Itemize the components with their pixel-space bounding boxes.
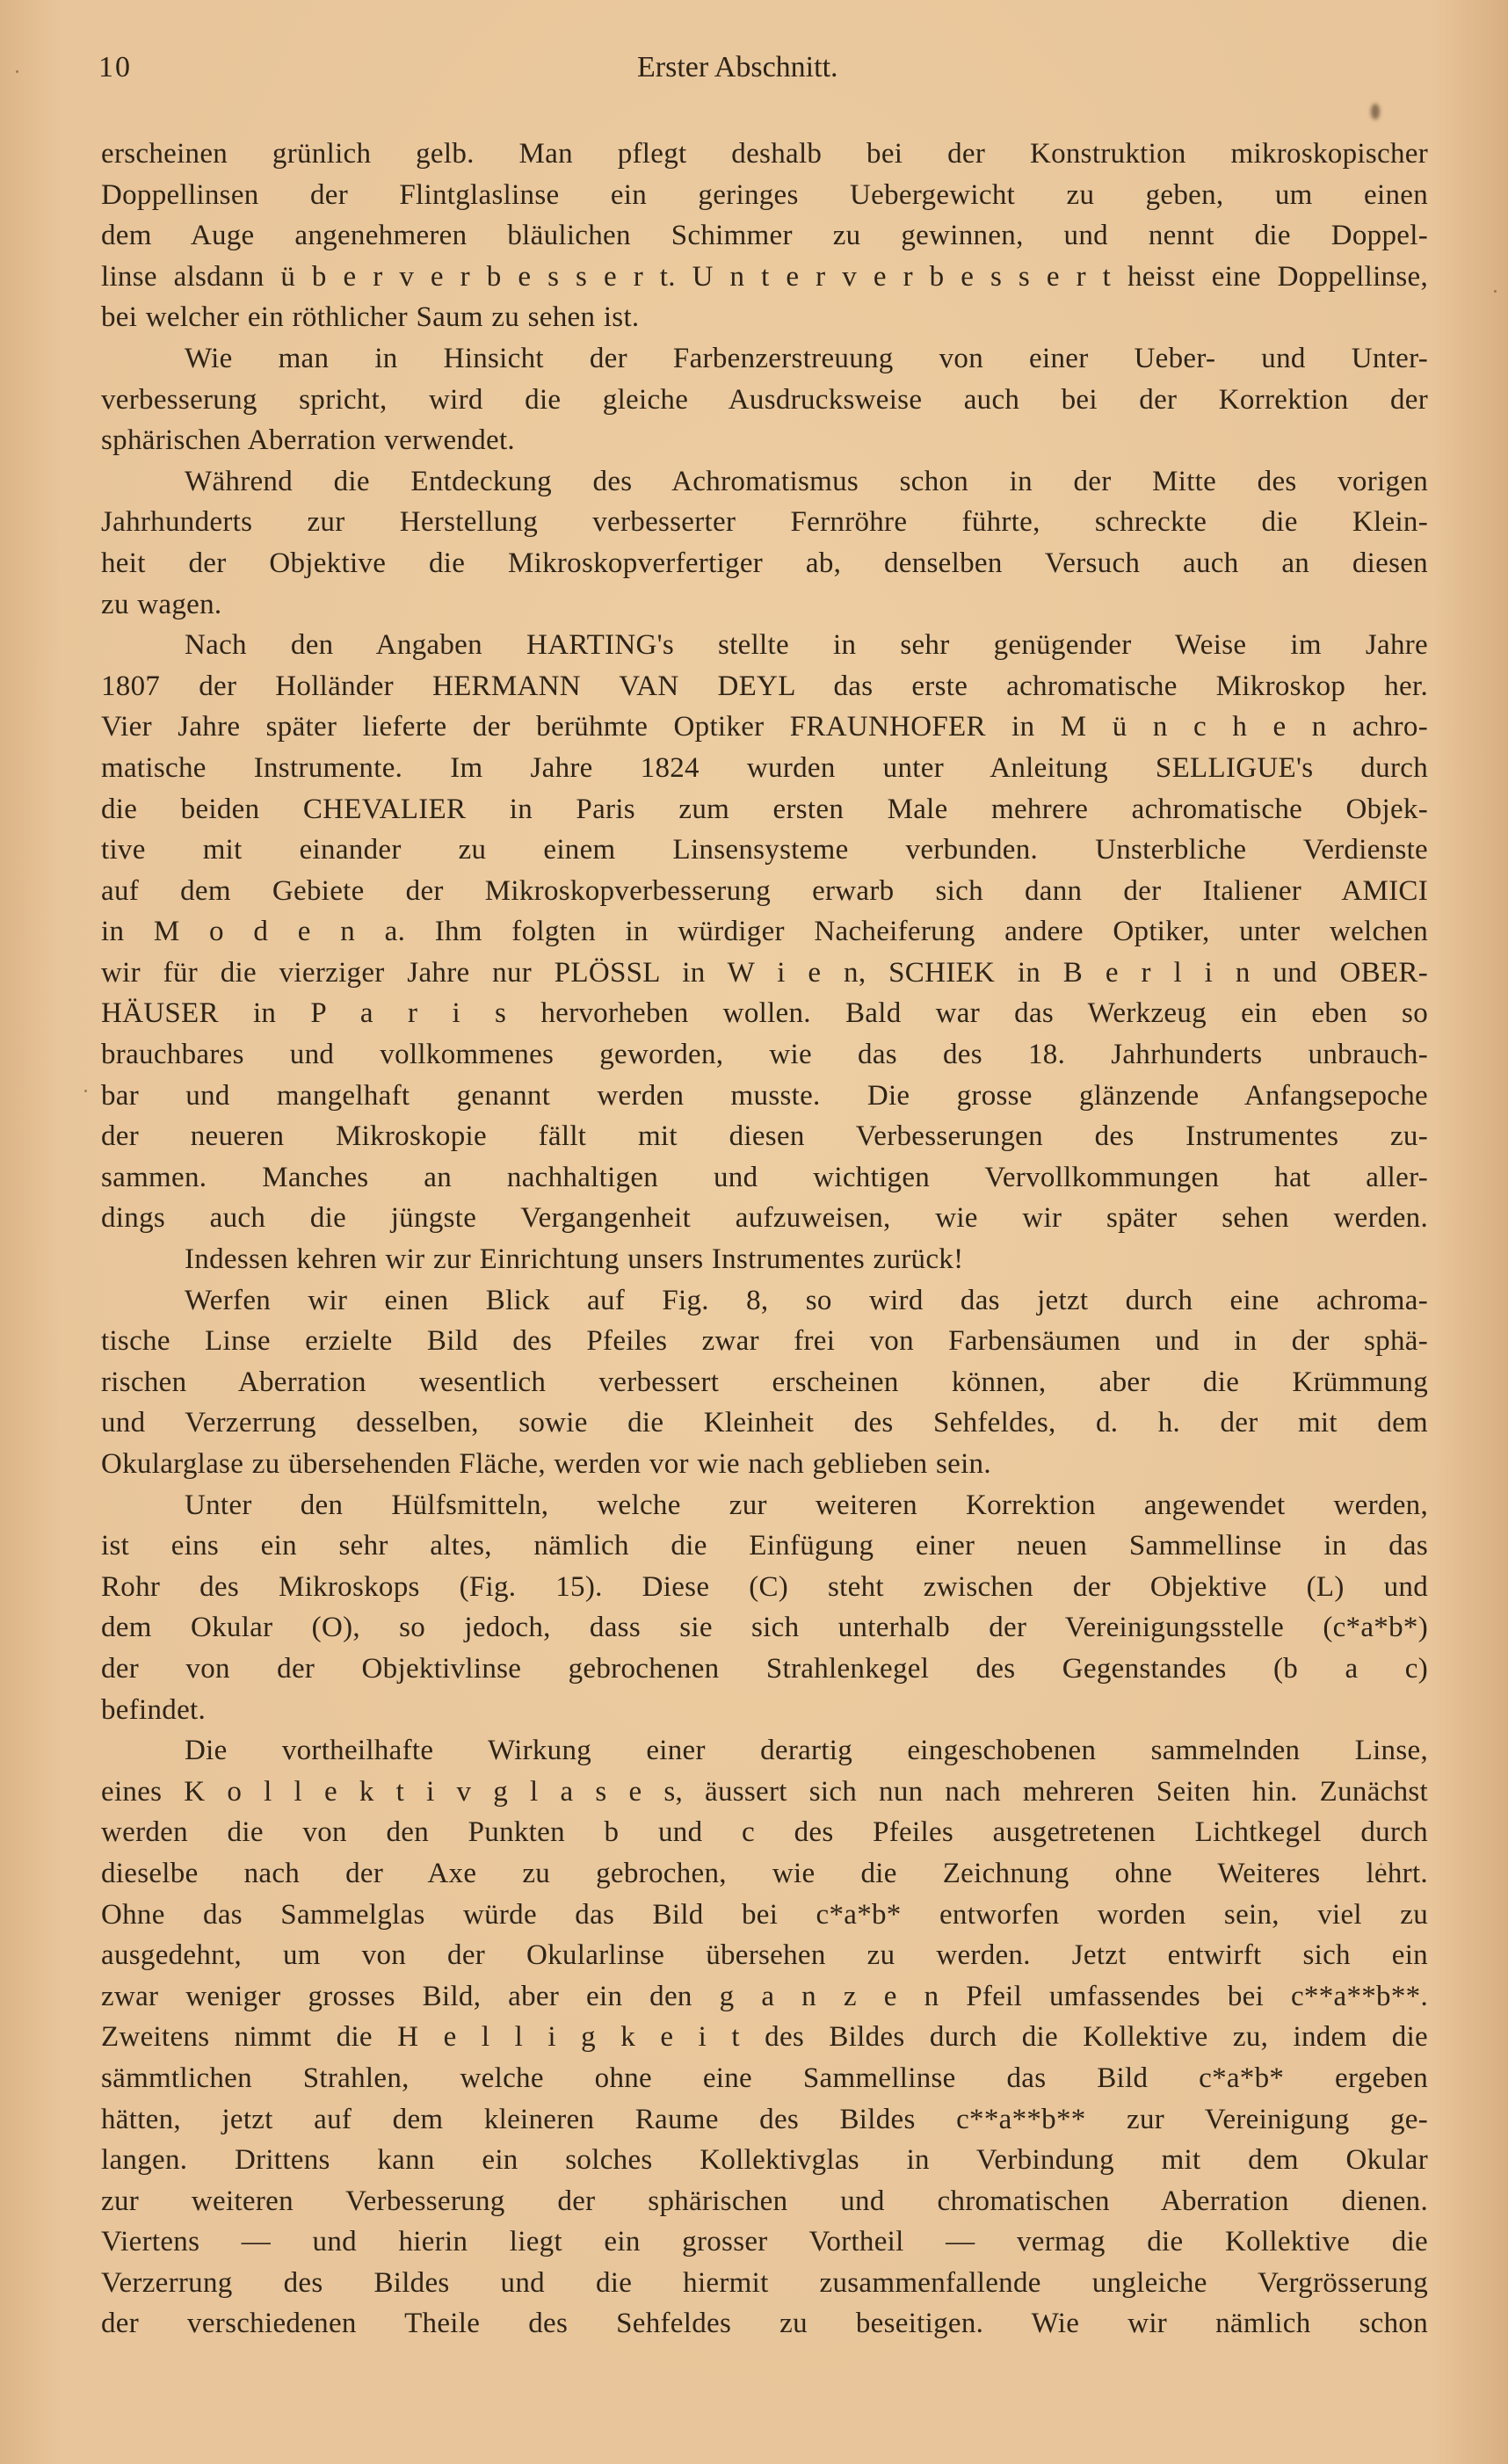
- text-line: brauchbares und vollkommenes geworden, w…: [101, 1034, 1428, 1076]
- text-line: 1807 der Holländer HERMANN VAN DEYL das …: [101, 666, 1428, 707]
- text-line: matische Instrumente. Im Jahre 1824 wurd…: [101, 748, 1428, 789]
- text-line: Viertens — und hierin liegt ein grosser …: [101, 2221, 1428, 2263]
- text-line: dieselbe nach der Axe zu gebrochen, wie …: [101, 1853, 1428, 1895]
- text-line: befindet.: [101, 1690, 1428, 1731]
- paragraph-first-line: Wie man in Hinsicht der Farbenzerstreuun…: [101, 338, 1428, 380]
- text-line: auf dem Gebiete der Mikroskopverbesserun…: [101, 871, 1428, 912]
- text-line: bei welcher ein röthlicher Saum zu sehen…: [101, 297, 1428, 338]
- paragraph-first-line: Indessen kehren wir zur Einrichtung unse…: [101, 1239, 1428, 1280]
- text-line: wir für die vierziger Jahre nur PLÖSSL i…: [101, 953, 1428, 994]
- text-line: dem Okular (O), so jedoch, dass sie sich…: [101, 1607, 1428, 1649]
- text-line: sämmtlichen Strahlen, welche ohne eine S…: [101, 2058, 1428, 2099]
- running-head: 10 Erster Abschnitt.: [0, 51, 1508, 95]
- text-line: sammen. Manches an nachhaltigen und wich…: [101, 1157, 1428, 1199]
- paragraph-first-line: Werfen wir einen Blick auf Fig. 8, so wi…: [101, 1280, 1428, 1322]
- paper-speck: [1494, 290, 1497, 293]
- text-line: Okularglase zu übersehenden Fläche, werd…: [101, 1444, 1428, 1485]
- text-line: ausgedehnt, um von der Okularlinse übers…: [101, 1935, 1428, 1976]
- text-line: und Verzerrung desselben, sowie die Klei…: [101, 1402, 1428, 1444]
- text-line: HÄUSER in P a r i s hervorheben wollen. …: [101, 993, 1428, 1034]
- text-line: eines K o l l e k t i v g l a s e s, äus…: [101, 1772, 1428, 1813]
- text-line: in M o d e n a. Ihm folgten in würdiger …: [101, 911, 1428, 953]
- paragraph-first-line: Während die Entdeckung des Achromatismus…: [101, 461, 1428, 503]
- text-line: sphärischen Aberration verwendet.: [101, 420, 1428, 461]
- ink-spot: [1371, 104, 1380, 120]
- paragraph-first-line: Unter den Hülfsmitteln, welche zur weite…: [101, 1485, 1428, 1526]
- body-text: erscheinen grünlich gelb. Man pflegt des…: [101, 134, 1428, 2344]
- text-line: linse alsdann ü b e r v e r b e s s e r …: [101, 257, 1428, 298]
- text-line: tische Linse erzielte Bild des Pfeiles z…: [101, 1321, 1428, 1362]
- text-line: die beiden CHEVALIER in Paris zum ersten…: [101, 789, 1428, 830]
- text-line: der von der Objektivlinse gebrochenen St…: [101, 1649, 1428, 1690]
- text-line: hätten, jetzt auf dem kleineren Raume de…: [101, 2099, 1428, 2141]
- text-line: erscheinen grünlich gelb. Man pflegt des…: [101, 134, 1428, 175]
- text-line: Vier Jahre später lieferte der berühmte …: [101, 707, 1428, 748]
- text-line: Doppellinsen der Flintglaslinse ein geri…: [101, 175, 1428, 216]
- paper-speck: [16, 70, 18, 73]
- text-line: werden die von den Punkten b und c des P…: [101, 1812, 1428, 1853]
- text-line: verbesserung spricht, wird die gleiche A…: [101, 380, 1428, 421]
- text-line: rischen Aberration wesentlich verbessert…: [101, 1362, 1428, 1403]
- text-line: Rohr des Mikroskops (Fig. 15). Diese (C)…: [101, 1567, 1428, 1608]
- text-line: zwar weniger grosses Bild, aber ein den …: [101, 1976, 1428, 2018]
- page-number: 10: [98, 51, 132, 84]
- text-line: heit der Objektive die Mikroskopverferti…: [101, 543, 1428, 584]
- text-line: Verzerrung des Bildes und die hiermit zu…: [101, 2263, 1428, 2304]
- paragraph-first-line: Nach den Angaben HARTING's stellte in se…: [101, 625, 1428, 666]
- paragraph-first-line: Die vortheilhafte Wirkung einer derartig…: [101, 1730, 1428, 1772]
- text-line: Ohne das Sammelglas würde das Bild bei c…: [101, 1895, 1428, 1936]
- text-line: Jahrhunderts zur Herstellung verbesserte…: [101, 502, 1428, 543]
- text-line: tive mit einander zu einem Linsensysteme…: [101, 830, 1428, 871]
- text-line: dings auch die jüngste Vergangenheit auf…: [101, 1198, 1428, 1239]
- text-line: dem Auge angenehmeren bläulichen Schimme…: [101, 215, 1428, 257]
- text-line: der neueren Mikroskopie fällt mit diesen…: [101, 1116, 1428, 1157]
- book-page: 10 Erster Abschnitt. erscheinen grünlich…: [0, 0, 1508, 2464]
- paper-speck: [84, 1090, 87, 1092]
- text-line: bar und mangelhaft genannt werden musste…: [101, 1076, 1428, 1117]
- text-line: der verschiedenen Theile des Sehfeldes z…: [101, 2303, 1428, 2344]
- text-line: langen. Drittens kann ein solches Kollek…: [101, 2140, 1428, 2181]
- text-line: Zweitens nimmt die H e l l i g k e i t d…: [101, 2017, 1428, 2058]
- text-line: zu wagen.: [101, 584, 1428, 626]
- text-line: ist eins ein sehr altes, nämlich die Ein…: [101, 1526, 1428, 1567]
- chapter-heading: Erster Abschnitt.: [637, 51, 838, 84]
- text-line: zur weiteren Verbesserung der sphärische…: [101, 2181, 1428, 2222]
